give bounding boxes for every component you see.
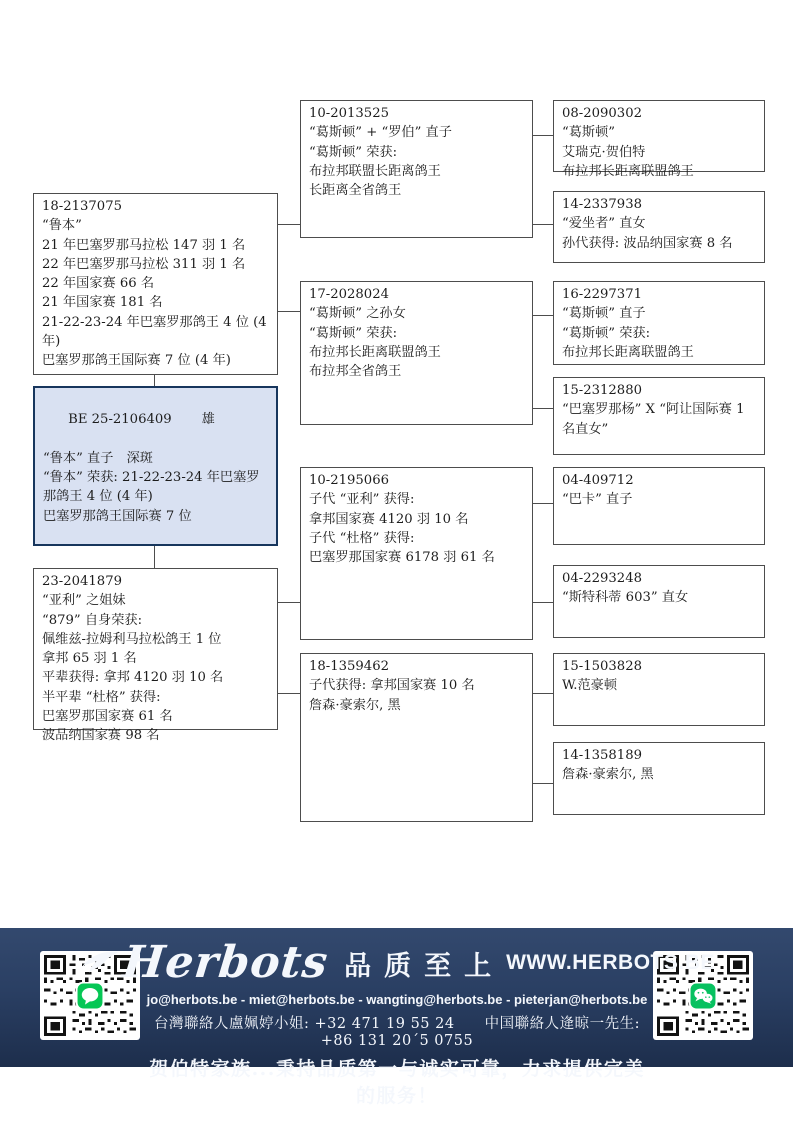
pedigree-box-text: 子代 “亚利” 获得: 拿邦国家赛 4120 羽 10 名 子代 “杜格” 获得…: [309, 490, 524, 567]
pedigree-box-dsd: 04-2293248 “斯特科蒂 603” 直女: [553, 565, 765, 638]
pedigree-box-text: “亚利” 之姐妹 “879” 自身荣获: 佩维兹-拉姆利马拉松鸽王 1 位 拿邦…: [42, 591, 269, 745]
brand-tagline: 品质至上: [344, 944, 504, 983]
website-url: WWW.HERBOTS.BE: [506, 951, 715, 975]
ring-number: 15-2312880: [562, 381, 756, 400]
ring-number: 18-1359462: [309, 657, 524, 676]
pedigree-box-sire: 18-2137075 “鲁本” 21 年巴塞罗那马拉松 147 羽 1 名 22…: [33, 193, 278, 375]
ring-number: 10-2013525: [309, 104, 524, 123]
pedigree-box-text: “巴塞罗那杨” X “阿让国际赛 1 名直女”: [562, 400, 756, 439]
pedigree-box-text: “葛斯顿” + “罗伯” 直子 “葛斯顿” 荣获: 布拉邦联盟长距离鸽王 长距离…: [309, 123, 524, 200]
pedigree-box-text: 詹森·豪索尔, 黑: [562, 765, 756, 784]
brand-row: Herbots 品质至上 WWW.HERBOTS.BE: [143, 937, 651, 989]
ring-number: 16-2297371: [562, 285, 756, 304]
pedigree-box-dam-sire: 10-2195066 子代 “亚利” 获得: 拿邦国家赛 4120 羽 10 名…: [300, 467, 533, 640]
pedigree-connector: [533, 135, 553, 136]
ring-number: 04-2293248: [562, 569, 756, 588]
pedigree-box-text: “斯特科蒂 603” 直女: [562, 588, 756, 607]
pedigree-document-page: 18-2137075 “鲁本” 21 年巴塞罗那马拉松 147 羽 1 名 22…: [0, 0, 793, 1122]
pedigree-box-text: “巴卡” 直子: [562, 490, 756, 509]
ring-number-main: BE 25-2106409雄: [43, 391, 268, 449]
pedigree-box-dss: 04-409712 “巴卡” 直子: [553, 467, 765, 545]
pedigree-connector: [533, 783, 553, 784]
pedigree-connector: [533, 503, 553, 504]
contact-phones: 台灣聯絡人盧姵婷小姐: +32 471 19 55 24 中国聯絡人逄晾一先生:…: [143, 1012, 651, 1049]
contact-emails: jo@herbots.be - miet@herbots.be - wangti…: [143, 992, 651, 1007]
ring-number: 14-2337938: [562, 195, 756, 214]
ring-number: 04-409712: [562, 471, 756, 490]
pedigree-box-sds: 16-2297371 “葛斯顿” 直子 “葛斯顿” 荣获: 布拉邦长距离联盟鸽王: [553, 281, 765, 365]
ring-number: 23-2041879: [42, 572, 269, 591]
pedigree-box-sss: 08-2090302 “葛斯顿” 艾瑞克·贺伯特 布拉邦长距离联盟鸽王: [553, 100, 765, 172]
pedigree-box-sire-sire: 10-2013525 “葛斯顿” + “罗伯” 直子 “葛斯顿” 荣获: 布拉邦…: [300, 100, 533, 238]
pedigree-box-text: “葛斯顿” 直子 “葛斯顿” 荣获: 布拉邦长距离联盟鸽王: [562, 304, 756, 362]
footer-content: Herbots 品质至上 WWW.HERBOTS.BE jo@herbots.b…: [143, 934, 651, 1108]
pedigree-box-ssd: 14-2337938 “爱坐者” 直女 孙代获得: 波品纳国家赛 8 名: [553, 191, 765, 263]
footer-banner: Herbots 品质至上 WWW.HERBOTS.BE jo@herbots.b…: [0, 928, 793, 1067]
ring-number: BE 25-2106409: [68, 412, 171, 427]
pedigree-box-sire-dam: 17-2028024 “葛斯顿” 之孙女 “葛斯顿” 荣获: 布拉邦长距离联盟鸽…: [300, 281, 533, 425]
pedigree-box-text: 子代获得: 拿邦国家赛 10 名 詹森·豪索尔, 黑: [309, 676, 524, 715]
ring-number: 10-2195066: [309, 471, 524, 490]
wechat-app-icon: [689, 982, 717, 1010]
pedigree-box-text: “鲁本” 21 年巴塞罗那马拉松 147 羽 1 名 22 年巴塞罗那马拉松 3…: [42, 216, 269, 370]
pedigree-connector: [154, 546, 155, 568]
pedigree-box-dam: 23-2041879 “亚利” 之姐妹 “879” 自身荣获: 佩维兹-拉姆利马…: [33, 568, 278, 730]
pedigree-box-sdd: 15-2312880 “巴塞罗那杨” X “阿让国际赛 1 名直女”: [553, 377, 765, 455]
pedigree-connector: [278, 693, 300, 694]
brand-slogan: 贺伯特家族...秉持品质第一与诚实可靠，力求提供完美的服务！: [143, 1054, 651, 1108]
pedigree-connector: [154, 375, 155, 386]
feather-logo-icon: [79, 949, 121, 977]
pedigree-connector: [533, 315, 553, 316]
pedigree-box-text: “葛斯顿” 艾瑞克·贺伯特 布拉邦长距离联盟鸽王: [562, 123, 756, 181]
pedigree-box-text: W.范豪顿: [562, 676, 756, 695]
pedigree-box-text: “葛斯顿” 之孙女 “葛斯顿” 荣获: 布拉邦长距离联盟鸽王 布拉邦全省鸽王: [309, 304, 524, 381]
brand-logo-herbots: Herbots: [121, 941, 331, 985]
pedigree-connector: [533, 693, 553, 694]
pedigree-box-ddd: 14-1358189 詹森·豪索尔, 黑: [553, 742, 765, 815]
ring-number: 08-2090302: [562, 104, 756, 123]
pedigree-connector: [533, 224, 553, 225]
pedigree-connector: [278, 224, 300, 225]
ring-number: 15-1503828: [562, 657, 756, 676]
pedigree-box-text: “爱坐者” 直女 孙代获得: 波品纳国家赛 8 名: [562, 214, 756, 253]
pedigree-box-dam-dam: 18-1359462 子代获得: 拿邦国家赛 10 名 詹森·豪索尔, 黑: [300, 653, 533, 822]
pedigree-connector: [533, 408, 553, 409]
ring-number: 14-1358189: [562, 746, 756, 765]
pedigree-box-main-bird: BE 25-2106409雄 “鲁本” 直子 深斑 “鲁本” 荣获: 21-22…: [33, 386, 278, 546]
pedigree-box-dds: 15-1503828 W.范豪顿: [553, 653, 765, 726]
pedigree-connector: [278, 602, 300, 603]
pedigree-connector: [278, 311, 300, 312]
pedigree-box-text: “鲁本” 直子 深斑 “鲁本” 荣获: 21-22-23-24 年巴塞罗那鸽王 …: [43, 449, 268, 526]
pedigree-connector: [533, 602, 553, 603]
ring-number: 17-2028024: [309, 285, 524, 304]
ring-number: 18-2137075: [42, 197, 269, 216]
sex-label: 雄: [202, 412, 215, 427]
line-app-icon: [76, 982, 104, 1010]
